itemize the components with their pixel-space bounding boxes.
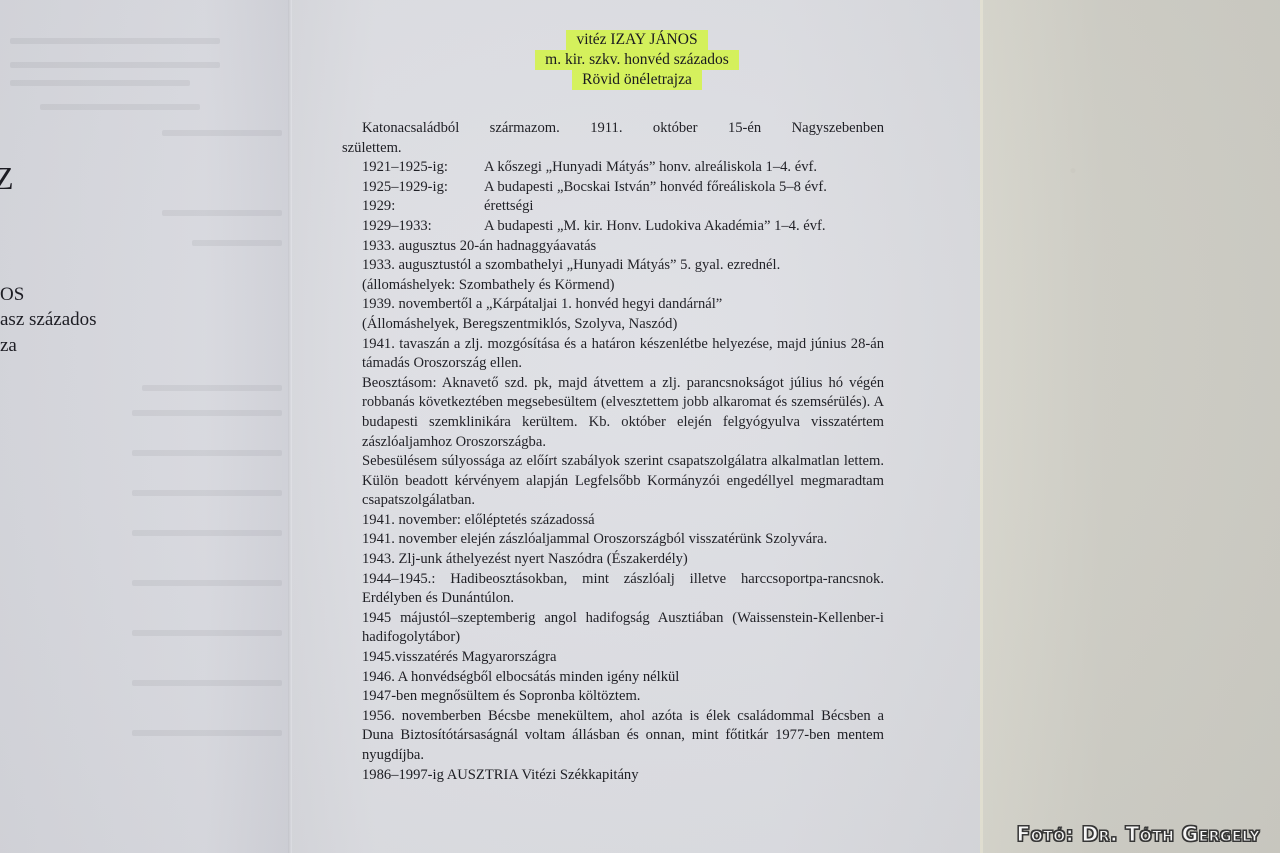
- entry: 1941. november: előléptetés századossá: [342, 511, 884, 531]
- bleed-through-text: [10, 80, 190, 86]
- bleed-through-text: [132, 630, 282, 636]
- heading-rank: m. kir. szkv. honvéd százados: [535, 50, 739, 70]
- entry: 1956. novemberben Bécsbe menekültem, aho…: [342, 707, 884, 766]
- bleed-through-text: [10, 62, 220, 68]
- bleed-through-text: [132, 490, 282, 496]
- bleed-through-text: [132, 680, 282, 686]
- bleed-through-text: [132, 450, 282, 456]
- entry: 1945.visszatérés Magyarországra: [342, 648, 884, 668]
- heading-subtitle: Rövid önéletrajza: [572, 70, 702, 90]
- entry: 1947-ben megnősültem és Sopronba költözt…: [342, 687, 884, 707]
- intro-line: születtem.: [342, 139, 884, 159]
- bleed-through-text: [132, 580, 282, 586]
- heading-name: vitéz IZAY JÁNOS: [566, 30, 707, 50]
- education-text: érettségi: [484, 197, 884, 217]
- entry: 1946. A honvédségből elbocsátás minden i…: [342, 668, 884, 688]
- education-text: A kőszegi „Hunyadi Mátyás” honv. alreáli…: [484, 158, 884, 178]
- entry: 1941. november elején zászlóaljammal Oro…: [342, 530, 884, 550]
- bleed-through-text: [162, 210, 282, 216]
- bleed-through-text: [142, 385, 282, 391]
- left-page-subtitle-fragment: asz százados: [0, 309, 97, 331]
- photo-credit-watermark: Fotó: Dr. Tóth Gergely: [1017, 822, 1260, 846]
- entry: 1986–1997-ig AUSZTRIA Vitézi Székkapitán…: [342, 766, 884, 786]
- entry: 1945 májustól–szeptemberig angol hadifog…: [342, 609, 884, 648]
- entry: (állomáshelyek: Szombathely és Körmend): [342, 276, 884, 296]
- entry: 1943. Zlj-unk áthelyezést nyert Naszódra…: [342, 550, 884, 570]
- left-page-subtitle-fragment: OS: [0, 284, 24, 306]
- bleed-through-text: [132, 730, 282, 736]
- education-text: A budapesti „M. kir. Honv. Ludokiva Akad…: [484, 217, 884, 237]
- bleed-through-text: [192, 240, 282, 246]
- education-row: 1929–1933: A budapesti „M. kir. Honv. Lu…: [342, 217, 884, 237]
- background-surface: [980, 0, 1280, 853]
- bleed-through-text: [10, 38, 220, 44]
- education-period: 1929–1933:: [362, 217, 484, 237]
- intro-line: Katonacsaládból származom. 1911. október…: [342, 119, 884, 139]
- education-row: 1921–1925-ig: A kőszegi „Hunyadi Mátyás”…: [342, 158, 884, 178]
- document-heading: vitéz IZAY JÁNOS m. kir. szkv. honvéd sz…: [492, 30, 782, 90]
- bleed-through-text: [162, 130, 282, 136]
- education-period: 1925–1929-ig:: [362, 178, 484, 198]
- education-period: 1921–1925-ig:: [362, 158, 484, 178]
- left-page-subtitle-fragment: za: [0, 335, 17, 357]
- education-row: 1929: érettségi: [342, 197, 884, 217]
- biography-body: Katonacsaládból származom. 1911. október…: [342, 119, 884, 785]
- entry: 1933. augusztustól a szombathelyi „Hunya…: [342, 256, 884, 276]
- entry: 1944–1945.: Hadibeosztásokban, mint zász…: [342, 570, 884, 609]
- bleed-through-text: [40, 104, 200, 110]
- education-text: A budapesti „Bocskai István” honvéd főre…: [484, 178, 884, 198]
- bleed-through-text: [132, 530, 282, 536]
- education-row: 1925–1929-ig: A budapesti „Bocskai Istvá…: [342, 178, 884, 198]
- entry: 1941. tavaszán a zlj. mozgósítása és a h…: [342, 335, 884, 374]
- entry: Beosztásom: Aknavető szd. pk, majd átvet…: [342, 374, 884, 452]
- education-period: 1929:: [362, 197, 484, 217]
- bleed-through-text: [132, 410, 282, 416]
- left-page: Z OS asz százados za: [0, 0, 292, 853]
- entry: 1933. augusztus 20-án hadnaggyáavatás: [342, 237, 884, 257]
- right-page: vitéz IZAY JÁNOS m. kir. szkv. honvéd sz…: [292, 0, 980, 853]
- entry: Sebesülésem súlyossága az előírt szabály…: [342, 452, 884, 511]
- entry: 1939. novembertől a „Kárpátaljai 1. honv…: [342, 295, 884, 315]
- left-page-title-fragment: Z: [0, 160, 14, 197]
- entry: (Állomáshelyek, Beregszentmiklós, Szolyv…: [342, 315, 884, 335]
